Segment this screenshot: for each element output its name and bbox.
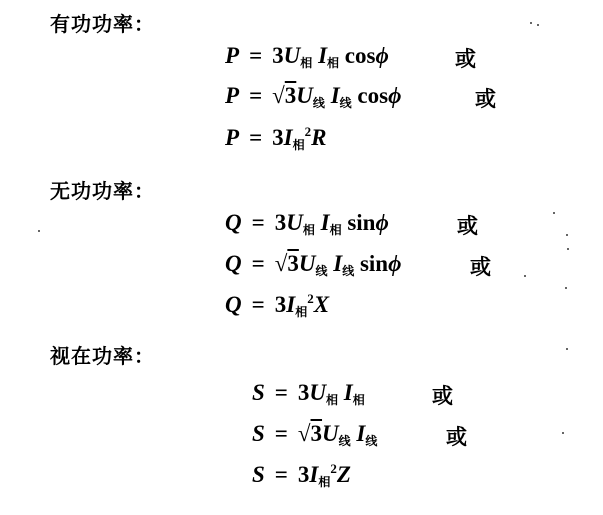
- sub: 相: [293, 138, 305, 152]
- equals: =: [252, 210, 265, 235]
- sub: 相: [326, 393, 338, 407]
- coef: 3: [285, 83, 297, 108]
- or-label: 或: [457, 210, 478, 240]
- sub: 线: [315, 264, 327, 278]
- angle: ϕ: [388, 251, 401, 276]
- scan-speck: [530, 22, 532, 24]
- lhs: Q: [225, 210, 242, 235]
- var-i: I: [333, 251, 342, 276]
- var-r: R: [311, 125, 326, 150]
- scan-speck: [38, 230, 40, 232]
- sub: 线: [365, 434, 377, 448]
- or-label: 或: [475, 83, 496, 113]
- or-label: 或: [455, 43, 476, 73]
- var-u: U: [286, 210, 303, 235]
- scan-speck: [566, 348, 568, 350]
- heading-active-power: 有功功率：: [50, 8, 155, 37]
- sub: 线: [340, 96, 352, 110]
- fn: cos: [357, 83, 388, 108]
- var-i: I: [344, 380, 353, 405]
- coef: 3: [298, 462, 310, 487]
- coef: 3: [287, 251, 299, 276]
- coef: 3: [275, 210, 287, 235]
- lhs: Q: [225, 251, 242, 276]
- sub: 相: [303, 223, 315, 237]
- scan-speck: [537, 24, 539, 26]
- var-u: U: [284, 43, 301, 68]
- coef: 3: [275, 292, 287, 317]
- var-u: U: [296, 83, 313, 108]
- var-i: I: [331, 83, 340, 108]
- lhs: P: [225, 83, 239, 108]
- scan-speck: [524, 275, 526, 277]
- equation-p-resistance: P=3I相2R: [225, 124, 326, 153]
- coef: 3: [272, 125, 284, 150]
- equals: =: [252, 292, 265, 317]
- sub: 相: [300, 56, 312, 70]
- coef: 3: [298, 380, 310, 405]
- lhs: S: [252, 462, 265, 487]
- sqrt-icon: √: [272, 83, 285, 108]
- equation-s-line: S=√3U线 I线 或: [252, 421, 377, 449]
- scan-speck: [562, 432, 564, 434]
- var-i: I: [284, 125, 293, 150]
- var-x: X: [314, 292, 329, 317]
- fn: sin: [347, 210, 375, 235]
- sub: 线: [313, 96, 325, 110]
- coef: 3: [272, 43, 284, 68]
- sub: 线: [342, 264, 354, 278]
- scan-speck: [566, 234, 568, 236]
- var-u: U: [322, 421, 339, 446]
- lhs: P: [225, 125, 239, 150]
- var-i: I: [286, 292, 295, 317]
- equals: =: [252, 251, 265, 276]
- or-label: 或: [446, 421, 467, 451]
- lhs: P: [225, 43, 239, 68]
- scan-speck: [553, 212, 555, 214]
- equals: =: [249, 125, 262, 150]
- lhs: Q: [225, 292, 242, 317]
- scan-speck: [565, 287, 567, 289]
- angle: ϕ: [375, 43, 388, 68]
- equals: =: [249, 43, 262, 68]
- or-label: 或: [432, 380, 453, 410]
- sub: 相: [318, 475, 330, 489]
- lhs: S: [252, 380, 265, 405]
- fn: sin: [360, 251, 388, 276]
- scan-speck: [567, 248, 569, 250]
- sub: 相: [295, 305, 307, 319]
- fn: cos: [345, 43, 376, 68]
- equation-s-phase: S=3U相 I相 或: [252, 380, 365, 408]
- sub: 相: [327, 56, 339, 70]
- equals: =: [275, 421, 288, 446]
- sqrt-icon: √: [275, 251, 288, 276]
- var-i: I: [321, 210, 330, 235]
- var-u: U: [299, 251, 316, 276]
- equation-p-line: P=√3U线 I线 cosϕ 或: [225, 83, 401, 111]
- sub: 线: [339, 434, 351, 448]
- equation-q-line: Q=√3U线 I线 sinϕ 或: [225, 251, 401, 279]
- lhs: S: [252, 421, 265, 446]
- angle: ϕ: [388, 83, 401, 108]
- sub: 相: [330, 223, 342, 237]
- equals: =: [275, 462, 288, 487]
- equals: =: [249, 83, 262, 108]
- var-z: Z: [337, 462, 351, 487]
- or-label: 或: [470, 251, 491, 281]
- equation-q-phase: Q=3U相 I相 sinϕ 或: [225, 210, 389, 238]
- sqrt-icon: √: [298, 421, 311, 446]
- var-u: U: [309, 380, 326, 405]
- equation-q-reactance: Q=3I相2X: [225, 291, 329, 320]
- heading-reactive-power: 无功功率：: [50, 175, 155, 204]
- equation-s-impedance: S=3I相2Z: [252, 461, 351, 490]
- var-i: I: [318, 43, 327, 68]
- sub: 相: [353, 393, 365, 407]
- coef: 3: [311, 421, 323, 446]
- angle: ϕ: [375, 210, 388, 235]
- equals: =: [275, 380, 288, 405]
- equation-p-phase: P=3U相 I相 cosϕ 或: [225, 43, 389, 71]
- heading-apparent-power: 视在功率：: [50, 340, 155, 369]
